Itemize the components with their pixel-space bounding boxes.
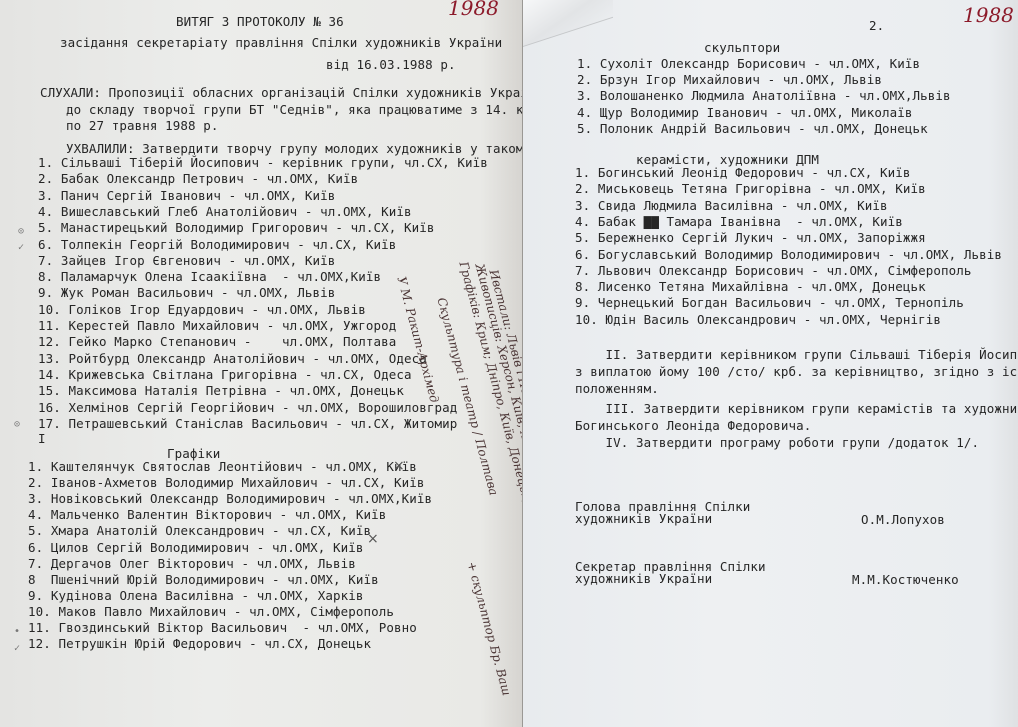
list-item: 8. Паламарчук Олена Ісаакіївна - чл.ОМХ,… [38,270,381,284]
right-page: 1988 2. скульптори 1. Сухоліт Олександр … [522,0,1018,727]
list-item: 7. Зайцев Ігор Євгенович - чл.ОМХ, Київ [38,254,335,268]
list-item: 16. Хелмінов Сергій Георгійович - чл.ОМХ… [38,401,457,415]
signature-name: О.М.Лопухов [861,513,945,527]
list-item: 4. Вишеславський Глеб Анатолійович - чл.… [38,205,412,219]
roman-numeral-one: I [38,432,46,446]
list-item: 3. Новіковський Олександр Володимирович … [28,492,432,506]
list-item: 6. Богуславський Володимир Володимирович… [575,248,1002,262]
margin-mark: • [14,626,20,637]
resolution-line: IV. Затвердити програму роботи групи /до… [575,436,979,450]
list-item: 2. Брзун Ігор Михайлович - чл.ОМХ, Львів [577,73,882,87]
list-item: 3. Панич Сергій Іванович - чл.ОМХ, Київ [38,189,335,203]
list-item: 3. Волошаненко Людмила Анатоліївна - чл.… [577,89,951,103]
page-curl [523,0,613,47]
list-item: 2. Іванов-Ахметов Володимир Михайлович -… [28,476,425,490]
year-note-right: 1988 [963,3,1014,27]
year-note-left: 1988 [448,0,499,20]
list-item: 1. Сільваші Тіберій Йосипович - керівник… [38,156,488,170]
resolution-line: з виплатою йому 100 /сто/ крб. за керівн… [575,365,1018,379]
document-subtitle: засідання секретаріату правління Спілки … [60,36,502,50]
list-item: 9. Чернецький Богдан Васильович - чл.ОМХ… [575,296,964,310]
resolution-line: Богинського Леоніда Федоровича. [575,419,811,433]
list-item: 12. Петрушкін Юрій Федорович - чл.СХ, До… [28,637,371,651]
list-item: 12. Гейко Марко Степанович - чл.ОМХ, Пол… [38,335,396,349]
list-item: 1. Богинський Леонід Федорович - чл.СХ, … [575,166,911,180]
list-item: 5. Манастирецький Володимир Григорович -… [38,221,435,235]
list-item: 11. Гвоздинський Віктор Васильович - чл.… [28,621,417,635]
handwritten-note: + скульптор Бр. Ваш [464,560,513,697]
list-item: 5. Хмара Анатолій Олександрович - чл.СХ,… [28,524,371,538]
cross-mark: × [393,458,405,474]
list-item: 6. Цилов Сергій Володимирович - чл.ОМХ, … [28,541,364,555]
resolved-line: УХВАЛИЛИ: Затвердити творчу групу молоди… [66,142,592,156]
list-item: 13. Ройтбурд Олександр Анатолійович - чл… [38,352,427,366]
heard-line: СЛУХАЛИ: Пропозиції обласних організацій… [40,86,543,100]
list-item: 4. Щур Володимир Іванович - чл.ОМХ, Мико… [577,106,913,120]
sculptors-heading: скульптори [704,41,780,55]
list-item: 6. Толпекін Георгій Володимирович - чл.С… [38,238,396,252]
list-item: 15. Максимова Наталія Петрівна - чл.ОМХ,… [38,384,404,398]
list-item: 5. Бережненко Сергій Лукич - чл.ОМХ, Зап… [575,231,926,245]
resolution-line: III. Затвердити керівником групи кераміс… [575,402,1018,416]
list-item: 3. Свида Людмила Василівна - чл.ОМХ, Киї… [575,199,888,213]
list-item: 14. Крижевська Світлана Григорівна - чл.… [38,368,412,382]
signature-name: М.М.Костюченко [852,573,959,587]
margin-mark: ✓ [14,643,20,654]
list-item: 10. Юдін Василь Олександрович - чл.ОМХ, … [575,313,941,327]
cross-mark: × [367,531,379,547]
margin-mark: ⊙ [18,226,24,237]
left-page: 1988 ВИТЯГ З ПРОТОКОЛУ № 36 засідання се… [0,0,522,727]
list-item: 1. Каштелянчук Святослав Леонтійович - ч… [28,460,417,474]
document-title: ВИТЯГ З ПРОТОКОЛУ № 36 [176,15,344,29]
list-item: 9. Жук Роман Васильович - чл.ОМХ, Львів [38,286,335,300]
list-item: 10. Голіков Ігор Едуардович - чл.ОМХ, Ль… [38,303,366,317]
list-item: 4. Мальченко Валентин Вікторович - чл.ОМ… [28,508,386,522]
list-item: 1. Сухоліт Олександр Борисович - чл.ОМХ,… [577,57,920,71]
list-item: 11. Керестей Павло Михайлович - чл.ОМХ, … [38,319,396,333]
list-item: 4. Бабак ▇▇ Тамара Іванівна - чл.ОМХ, Ки… [575,215,903,229]
list-item: 2. Бабак Олександр Петрович - чл.ОМХ, Ки… [38,172,358,186]
list-item: 5. Полоник Андрій Васильович - чл.ОМХ, Д… [577,122,928,136]
heard-line: до складу творчої групи БТ "Седнів", яка… [66,103,562,117]
list-item: 10. Маков Павло Михайлович - чл.ОМХ, Сім… [28,605,394,619]
list-item: 7. Львович Олександр Борисович - чл.ОМХ,… [575,264,972,278]
list-item: 8. Лисенко Тетяна Михайлівна - чл.ОМХ, Д… [575,280,926,294]
list-item: 17. Петрашевський Станіслав Васильович -… [38,417,457,431]
document-date: від 16.03.1988 р. [326,58,456,72]
heard-line: по 27 травня 1988 р. [66,119,219,133]
margin-mark: ✓ [18,242,24,253]
margin-mark: ⊙ [14,419,20,430]
signature-role: художників України [575,573,712,585]
list-item: 2. Миськовець Тетяна Григорівна - чл.ОМХ… [575,182,926,196]
resolution-line: положенням. [575,382,659,396]
resolution-line: II. Затвердити керівником групи Сільваші… [575,348,1018,362]
list-item: 7. Дергачов Олег Вікторович - чл.ОМХ, Ль… [28,557,356,571]
list-item: 8 Пшенічний Юрій Володимирович - чл.ОМХ,… [28,573,379,587]
signature-role: художників України [575,513,712,525]
page-number: 2. [869,19,884,33]
list-item: 9. Кудінова Олена Василівна - чл.ОМХ, Ха… [28,589,364,603]
